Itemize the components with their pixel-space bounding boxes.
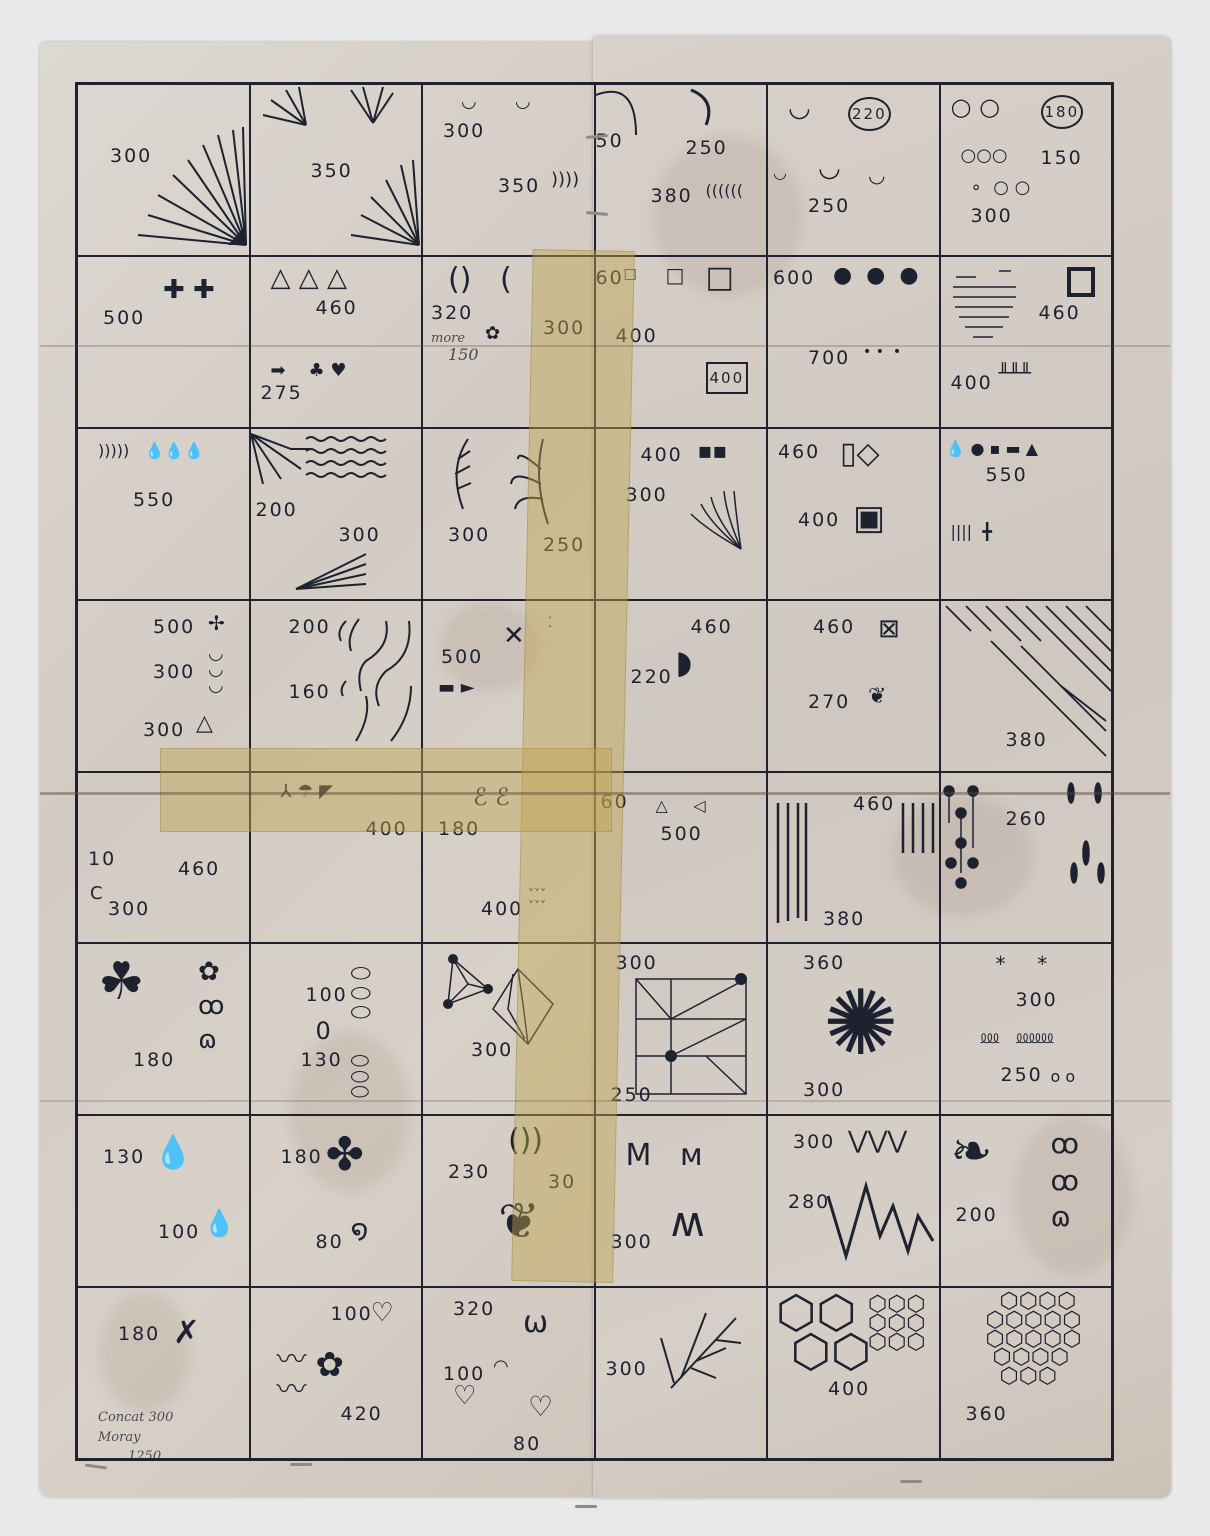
quantity-label: 300 xyxy=(471,1039,513,1061)
cell-r6-c3: M ᴍ 300 ʍ xyxy=(595,1115,768,1287)
cloud-icon: ✿ꝏɷ xyxy=(198,956,224,1057)
crescent-icon: ◡ xyxy=(461,93,477,111)
heart-outline-icon: ♡ xyxy=(453,1383,476,1409)
quantity-label: 180 xyxy=(118,1323,160,1345)
quantity-label: 500 xyxy=(153,616,195,638)
square-icon: □ xyxy=(666,265,685,285)
quantity-label: 500 xyxy=(103,307,145,329)
cell-r5-c4: 360 ✺ 300 xyxy=(767,943,940,1115)
quantity-label: 400 xyxy=(951,372,993,394)
square-icon: □ xyxy=(706,263,734,293)
open-circle-icon: ◡ xyxy=(868,165,885,185)
framed-rectangle-icon: ▣ xyxy=(853,501,885,535)
flower-outline-icon: ✿ xyxy=(316,1348,345,1382)
cell-r6-c0: 130 💧 100 💧 xyxy=(77,1115,250,1287)
cell-r7-c4: ⬡⬡ ⬡⬡ ⬡⬡⬡⬡⬡⬡⬡⬡⬡ 400 xyxy=(767,1287,940,1459)
quantity-label: 300 xyxy=(153,661,195,683)
oval-icon: 0 xyxy=(316,1019,331,1043)
cell-r1-c0: 500 ✚ ✚ xyxy=(77,256,250,428)
cell-r7-c0: 180 ✗ Concat 300 Moray 1250 xyxy=(77,1287,250,1459)
cell-r2-c5: 💧 ● ▪ ▬ ▲ 550 |||| ╋ xyxy=(940,428,1113,600)
triangle-icon: △ △ △ xyxy=(271,265,348,291)
quantity-label: 400 xyxy=(481,898,523,920)
quantity-label: 300 xyxy=(1016,989,1058,1011)
comb-icon: ╨╨╨ xyxy=(999,365,1032,383)
cell-r5-c5: * * 300 ⅏ ⅏⅏ 250 o o xyxy=(940,943,1113,1115)
cell-r6-c4: 300 ⋁⋁⋁ 280 xyxy=(767,1115,940,1287)
heart-icon: ♡ xyxy=(371,1300,394,1326)
cell-r0-c3: 50 250 380 (((((( xyxy=(595,84,768,256)
quantity-label: 400 xyxy=(798,509,840,531)
cell-r3-c5: 380 xyxy=(940,600,1113,772)
quantity-label: 300 xyxy=(339,524,381,546)
quantity-label: 100 xyxy=(331,1303,373,1325)
quantity-label: 500 xyxy=(441,646,483,668)
wavy-triangle-icon: △ xyxy=(196,713,213,735)
quantity-label: 350 xyxy=(498,175,540,197)
square-cross-icon: ⊠ xyxy=(878,616,900,642)
cell-r6-c5: ❧ ꝏꝏɷ 200 xyxy=(940,1115,1113,1287)
quantity-label: 500 xyxy=(661,823,703,845)
cell-r1-c5: 460 400 ╨╨╨ xyxy=(940,256,1113,428)
quantity-label: 10 xyxy=(88,848,116,870)
swirl-rays-icon: ✺ xyxy=(823,979,898,1069)
quantity-label: 260 xyxy=(1006,808,1048,830)
staple xyxy=(575,1505,597,1508)
cell-r7-c3: 300 xyxy=(595,1287,768,1459)
arrow-icon: ➡ ♣ ♥ xyxy=(271,362,347,380)
cell-r0-c1: 350 xyxy=(250,84,423,256)
quantity-label: 270 xyxy=(808,691,850,713)
cell-r5-c1: 100 ⬭⬭⬭ 0 130 ⬭⬭⬭ xyxy=(250,943,423,1115)
cell-r7-c5: ⬡⬡⬡⬡⬡⬡⬡⬡⬡⬡⬡⬡⬡⬡ ⬡⬡⬡⬡ ⬡⬡⬡ 360 xyxy=(940,1287,1113,1459)
circle-icon: ○ ○ xyxy=(951,95,1001,119)
dot-stems-icon xyxy=(941,773,1113,943)
cell-r0-c0: 300 xyxy=(77,84,250,256)
quantity-label: 300 xyxy=(803,1079,845,1101)
quantity-label: 80 xyxy=(513,1433,541,1455)
quantity-label: 300 xyxy=(143,719,185,741)
quantity-label: 220 xyxy=(631,666,673,688)
quantity-label: 130 xyxy=(301,1049,343,1071)
asterisk-icon: * * xyxy=(996,954,1048,974)
quantity-label: 320 xyxy=(431,302,473,324)
cell-r3-c1: 200 160 xyxy=(250,600,423,772)
open-circle-icon: ◡ xyxy=(773,165,787,181)
grass-icon: ⅏ ⅏⅏ xyxy=(981,1029,1054,1047)
quantity-label: 380 xyxy=(823,908,865,930)
oval-icon: () ( xyxy=(448,265,512,295)
strokes-icon: ))))) 💧💧💧 xyxy=(98,443,204,459)
heart-icon: ♡ xyxy=(528,1393,553,1421)
drops-icon: 💧 ● ▪ ▬ ▲ xyxy=(946,441,1039,457)
quantity-label: 460 xyxy=(778,441,820,463)
quantity-label: 50 xyxy=(596,130,624,152)
quantity-label: 420 xyxy=(341,1403,383,1425)
horizontal-fold xyxy=(40,792,1170,795)
quantity-label: 380 xyxy=(1006,729,1048,751)
wavy-lines-icon xyxy=(251,601,423,771)
upper-fold xyxy=(40,345,1170,347)
zigzag-icon xyxy=(768,1116,940,1286)
stacked-ovals-icon: ⬭⬭⬭ xyxy=(351,1054,370,1100)
quantity-label: 460 xyxy=(1039,302,1081,324)
cell-r5-c0: ☘ ✿ꝏɷ 180 xyxy=(77,943,250,1115)
quantity-label: 250 xyxy=(1001,1064,1043,1086)
hexagon-icon: ⬡⬡⬡⬡⬡⬡⬡⬡⬡ xyxy=(868,1296,926,1352)
quantity-label: 100 xyxy=(306,984,348,1006)
hatching-icon: )))) xyxy=(551,171,579,189)
quantity-label: 460 xyxy=(178,858,220,880)
signature-line: Concat 300 xyxy=(98,1410,173,1425)
half-circle-icon: ◗ xyxy=(676,646,693,678)
crescent-icon: C xyxy=(90,885,103,903)
paisley-icon: ໑ xyxy=(351,1216,369,1244)
flower-icon: ✿ xyxy=(485,325,500,343)
quantity-label: 320 xyxy=(453,1298,495,1320)
quantity-label: 180 xyxy=(281,1146,323,1168)
quantity-label: 380 xyxy=(651,185,693,207)
boxed-quantity: 400 xyxy=(706,362,749,394)
cross-icon: ✚ ✚ xyxy=(163,277,215,303)
quantity-label: 150 xyxy=(1041,147,1083,169)
drop-icon: 💧 xyxy=(153,1136,193,1168)
fan-rays-icon xyxy=(78,85,250,255)
quantity-label: 300 xyxy=(448,524,490,546)
cross-shape-icon: ✕ xyxy=(503,623,525,649)
drop-icon: 💧 xyxy=(203,1211,235,1237)
quantity-label: 100 xyxy=(158,1221,200,1243)
dot-icon: ● ● ● xyxy=(833,265,919,287)
cell-r4-c5: 260 xyxy=(940,772,1113,944)
leaf-shape-icon: ▬ ► xyxy=(438,679,475,697)
quantity-label: 460 xyxy=(813,616,855,638)
circled-quantity: 220 xyxy=(848,97,891,131)
crescent-icon: ◡ xyxy=(515,93,531,111)
cell-r0-c2: ◡ ◡ 300 350 )))) xyxy=(422,84,595,256)
squiggle-icon: 〰〰 xyxy=(273,1343,303,1403)
quantity-label: 460 xyxy=(316,297,358,319)
cell-r0-c5: ○ ○ 180 ○○○ 150 ∘ ○ ○ 300 xyxy=(940,84,1113,256)
cloud-leaf-icon: ☘ xyxy=(98,956,145,1008)
quantity-label: 130 xyxy=(103,1146,145,1168)
handwritten-signature: Concat 300 Moray 1250 xyxy=(98,1408,173,1459)
trefoil-icon: ✢ xyxy=(208,613,225,633)
hex-cluster-icon: ⬡⬡⬡⬡⬡⬡⬡⬡⬡⬡⬡⬡⬡⬡ ⬡⬡⬡⬡ ⬡⬡⬡ xyxy=(986,1293,1082,1386)
cell-r3-c4: 460 ⊠ 270 ❦ xyxy=(767,600,940,772)
flower-icon: ✤ xyxy=(326,1131,365,1177)
quantity-label: 460 xyxy=(853,793,895,815)
bean-icon: ω xyxy=(523,1308,548,1338)
open-circle-icon: ◡ xyxy=(818,155,841,181)
cell-r3-c0: 500 ✢ 300 ◡◡◡ 300 △ xyxy=(77,600,250,772)
stacked-ovals-icon: ⬭⬭⬭ xyxy=(351,964,372,1022)
lower-fold xyxy=(40,1100,1170,1102)
bean-icon: ◠ xyxy=(493,1358,509,1376)
quantity-label: 180 xyxy=(133,1049,175,1071)
open-circle-icon: ◡ xyxy=(788,95,811,121)
twig-icon xyxy=(596,1288,768,1458)
quantity-label: 80 xyxy=(316,1231,344,1253)
fan-icon xyxy=(251,85,423,255)
crescent-stack-icon: ◡◡◡ xyxy=(208,646,224,695)
crown-icon: ʍ xyxy=(671,1201,705,1243)
leaf-icon: ❧ xyxy=(951,1126,993,1176)
circle-icon: o o xyxy=(1051,1069,1076,1085)
horizontal-tape xyxy=(160,748,612,832)
circle-icon: ∘ ○ ○ xyxy=(971,179,1031,197)
rectangle-icon: ▯◇ xyxy=(840,439,880,469)
cell-r0-c4: ◡ 220 ◡ ◡ ◡ 250 xyxy=(767,84,940,256)
hexagon-icon: ⬡⬡ ⬡⬡ xyxy=(776,1293,871,1371)
quantity-label: 300 xyxy=(611,1231,653,1253)
quantity-label: 250 xyxy=(686,137,728,159)
cell-r2-c1: 200 300 xyxy=(250,428,423,600)
quantity-label: 400 xyxy=(828,1378,870,1400)
quantity-label: 700 xyxy=(808,347,850,369)
cell-r5-c3: 300 250 xyxy=(595,943,768,1115)
quantity-label: 300 xyxy=(616,952,658,974)
quantity-label: 275 xyxy=(261,382,303,404)
cell-r2-c0: ))))) 💧💧💧 550 xyxy=(77,428,250,600)
circled-quantity: 180 xyxy=(1041,95,1084,129)
quantity-label: 600 xyxy=(773,267,815,289)
quantity-label: 300 xyxy=(443,120,485,142)
crossed-bars-icon: ✗ xyxy=(173,1316,200,1348)
crown-icon: M ᴍ xyxy=(626,1141,703,1171)
quantity-label: 550 xyxy=(986,464,1028,486)
quantity-label: 300 xyxy=(971,205,1013,227)
blob-icon: ❦ xyxy=(868,686,886,708)
quantity-label: 550 xyxy=(133,489,175,511)
cell-r1-c4: 600 ● ● ● 700 • • • xyxy=(767,256,940,428)
hatching-icon: (((((( xyxy=(706,183,743,199)
sunburst-icon: |||| ╋ xyxy=(951,524,992,540)
cell-r7-c2: 320 ω 100 ◠ ♡ ♡ 80 xyxy=(422,1287,595,1459)
staple xyxy=(290,1463,312,1466)
cell-r6-c1: 180 ✤ 80 ໑ xyxy=(250,1115,423,1287)
staple xyxy=(900,1480,922,1483)
circle-icon: ○○○ xyxy=(961,147,1008,165)
quantity-label: 200 xyxy=(256,499,298,521)
cell-r4-c4: 460 380 xyxy=(767,772,940,944)
cloud-icon: ꝏꝏɷ xyxy=(1051,1126,1080,1235)
quantity-label: 360 xyxy=(966,1403,1008,1425)
cell-r2-c4: 460 ▯◇ 400 ▣ xyxy=(767,428,940,600)
quantity-label: 200 xyxy=(956,1204,998,1226)
quantity-label: 460 xyxy=(691,616,733,638)
quantity-label: 230 xyxy=(448,1161,490,1183)
quantity-label: 250 xyxy=(808,195,850,217)
quantity-label: 300 xyxy=(108,898,150,920)
triangle-icon: △ ◁ xyxy=(656,798,706,814)
cell-r7-c1: 100 ♡ ✿ 〰〰 420 xyxy=(250,1287,423,1459)
signature-line: Moray xyxy=(98,1430,140,1445)
signature-line: 1250 xyxy=(98,1449,161,1459)
cell-r1-c1: △ △ △ 460 ➡ ♣ ♥ 275 xyxy=(250,256,423,428)
